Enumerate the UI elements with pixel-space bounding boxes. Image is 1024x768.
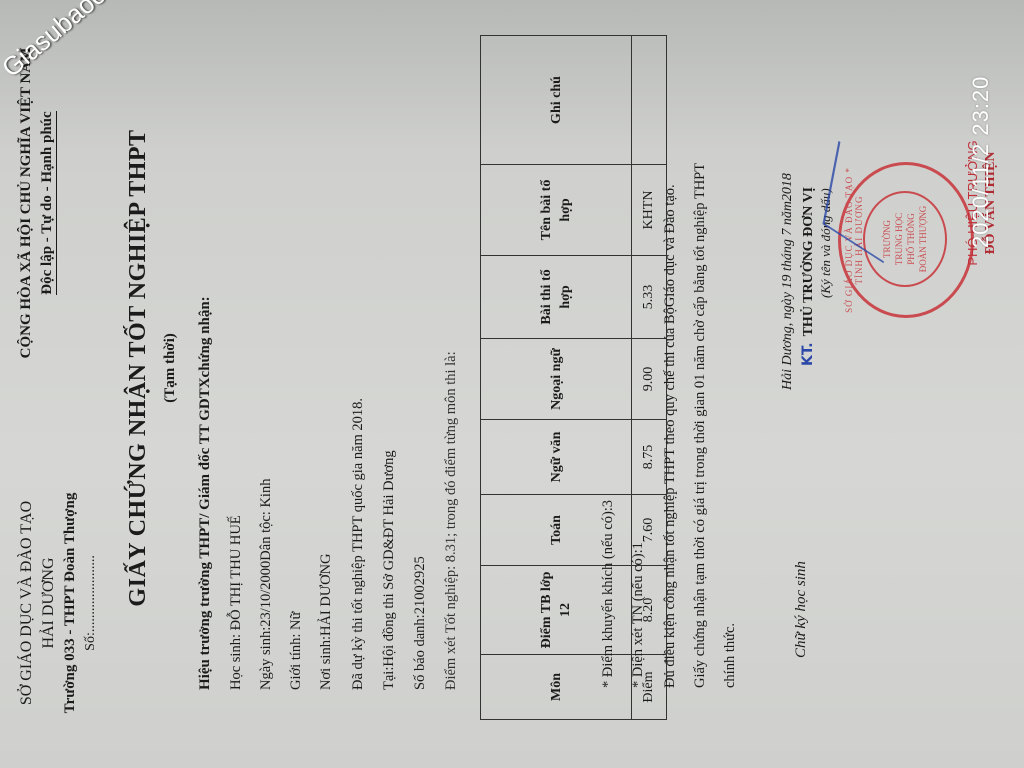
candidate-number: Số báo danh:21002925 — [412, 556, 429, 690]
national-motto: Độc lập - Tự do - Hạnh phúc — [39, 111, 57, 294]
stamp-line: ĐOÀN THƯỢNG — [917, 206, 929, 273]
col-literature: Ngữ văn — [481, 420, 632, 495]
signer-role: THỦ TRƯỞNG ĐƠN VỊ — [801, 187, 816, 336]
student-signature-label: Chữ ký học sinh — [793, 561, 810, 658]
col-combined-exam: Bài thi tổ hợp — [481, 256, 632, 339]
signer-title: KT.THỦ TRƯỞNG ĐƠN VỊ — [800, 187, 817, 366]
kt-handwritten: KT. — [800, 342, 816, 366]
birthplace: Nơi sinh:HẢI DƯƠNG — [318, 553, 335, 690]
validity-statement-cont: chính thức. — [722, 623, 739, 688]
bonus-points: * Điểm khuyến khích (nếu có):3 — [600, 500, 617, 688]
certificate-paper: SỞ GIÁO DỤC VÀ ĐÀO TẠO HẢI DƯƠNG Trường … — [0, 0, 1024, 768]
stamp-line: TRUNG HỌC — [893, 213, 905, 265]
province-name: HẢI DƯƠNG — [40, 453, 58, 753]
notes-value — [632, 36, 667, 165]
document-subtitle: (Tạm thời) — [162, 68, 179, 668]
school-name: Trường 033 - THPT Đoàn Thượng — [62, 453, 79, 753]
col-foreign-language: Ngoại ngữ — [481, 339, 632, 420]
department-name: SỞ GIÁO DỤC VÀ ĐÀO TẠO — [18, 453, 36, 753]
certifier-line: Hiệu trưởng trường THPT/ Giám đốc TT GDT… — [197, 296, 214, 690]
stamp-line: PHỔ THÔNG — [905, 213, 917, 265]
document-number: Số:...................... — [83, 453, 99, 753]
date-of-birth: Ngày sinh:23/10/2000Dân tộc: Kinh — [258, 479, 275, 690]
signing-date: Hải Dương, ngày 19 tháng 7 năm2018 — [780, 173, 796, 390]
validity-statement: Giấy chứng nhận tạm thời có giá trị tron… — [692, 163, 709, 688]
eligibility-statement: Đủ điều kiện công nhận tốt nghiệp THPT t… — [662, 184, 679, 688]
col-notes: Ghi chú — [481, 36, 632, 165]
exam-venue: Tại:Hội đồng thi Sở GD&ĐT Hải Dương — [381, 450, 398, 690]
student-name: Học sinh: ĐỖ THỊ THU HUẾ — [228, 515, 245, 690]
header-left: SỞ GIÁO DỤC VÀ ĐÀO TẠO HẢI DƯƠNG Trường … — [18, 453, 99, 753]
exam-info: Đã dự kỳ thi tốt nghiệp THPT quốc gia nă… — [350, 398, 367, 690]
gender: Giới tính: Nữ — [288, 612, 305, 690]
document-title: GIẤY CHỨNG NHẬN TỐT NGHIỆP THPT — [125, 68, 152, 668]
graduation-category: * Diện xét TN (nếu có):1 — [630, 542, 647, 688]
graduation-score: Điểm xét Tốt nghiệp: 8.31; trong đó điểm… — [443, 351, 460, 690]
photo-timestamp: 2020/11/2 23:20 — [968, 76, 994, 248]
col-combined-name: Tên bài tổ hợp — [481, 165, 632, 256]
